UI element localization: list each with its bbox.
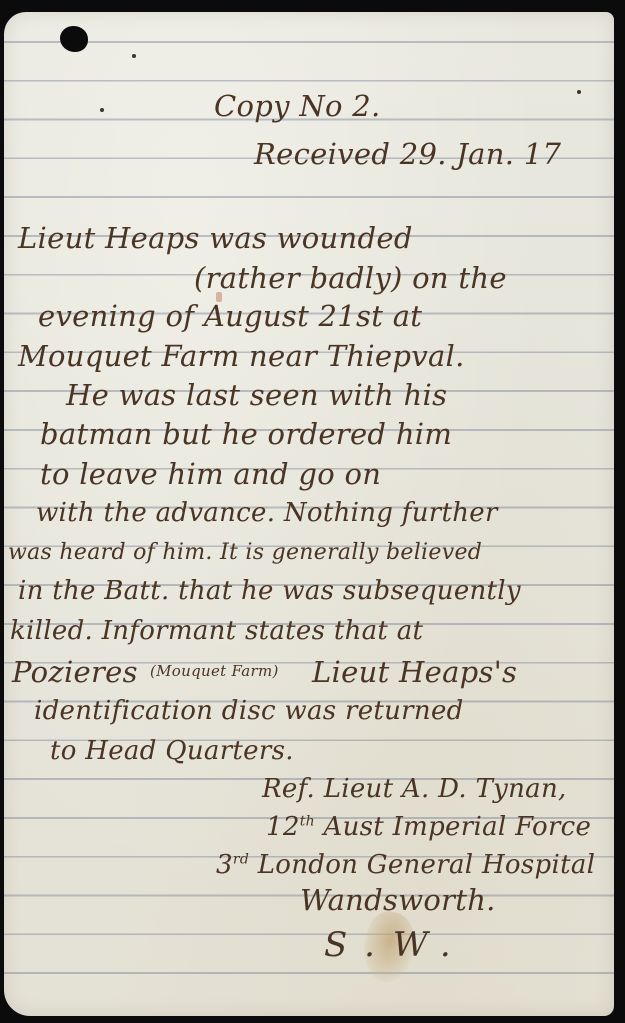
document-scan: Copy No 2. Received 29. Jan. 17 Lieut He… [0, 0, 625, 1023]
body-line-4: Mouquet Farm near Thiepval. [18, 342, 465, 371]
received-date: Received 29. Jan. 17 [254, 140, 561, 169]
body-line-3: evening of August 21st at [38, 302, 422, 331]
punch-hole [60, 26, 88, 52]
body-line-13: identification disc was returned [34, 698, 464, 724]
ruled-paper-sheet: Copy No 2. Received 29. Jan. 17 Lieut He… [4, 12, 614, 1016]
reference-location: Wandsworth. [300, 886, 496, 915]
reference-hospital-suffix: rd [233, 851, 249, 867]
body-line-1: Lieut Heaps was wounded [18, 224, 413, 253]
body-line-11: killed. Informant states that at [10, 618, 423, 644]
body-line-12-place: Pozieres [12, 658, 138, 687]
reference-officer: Ref. Lieut A. D. Tynan, [262, 776, 567, 802]
reference-unit-ordinal: 12 [266, 812, 300, 842]
reference-hospital-ordinal: 3 [216, 850, 233, 880]
paper-speck [577, 90, 581, 94]
reference-unit-suffix: th [300, 813, 315, 829]
body-line-10: in the Batt. that he was subsequently [18, 578, 521, 604]
body-line-12-name: Lieut Heaps's [312, 658, 517, 687]
reference-unit: 12th Aust Imperial Force [266, 814, 591, 840]
copy-number-label: Copy No 2. [214, 92, 381, 121]
body-line-8: with the advance. Nothing further [36, 500, 498, 526]
body-line-14: to Head Quarters. [50, 738, 294, 764]
reference-unit-name: Aust Imperial Force [324, 812, 592, 842]
signature-initials: S.W. [324, 928, 469, 962]
paper-speck [100, 108, 104, 112]
body-line-7: to leave him and go on [40, 460, 381, 489]
body-line-9: was heard of him. It is generally believ… [8, 542, 482, 564]
body-line-2: (rather badly) on the [194, 264, 507, 293]
body-line-6: batman but he ordered him [40, 420, 452, 449]
paper-speck [132, 54, 136, 58]
body-line-12-parenthetical: (Mouquet Farm) [150, 664, 279, 679]
reference-hospital-name: London General Hospital [258, 850, 596, 880]
reference-hospital: 3rd London General Hospital [216, 852, 595, 878]
body-line-5: He was last seen with his [66, 381, 447, 410]
